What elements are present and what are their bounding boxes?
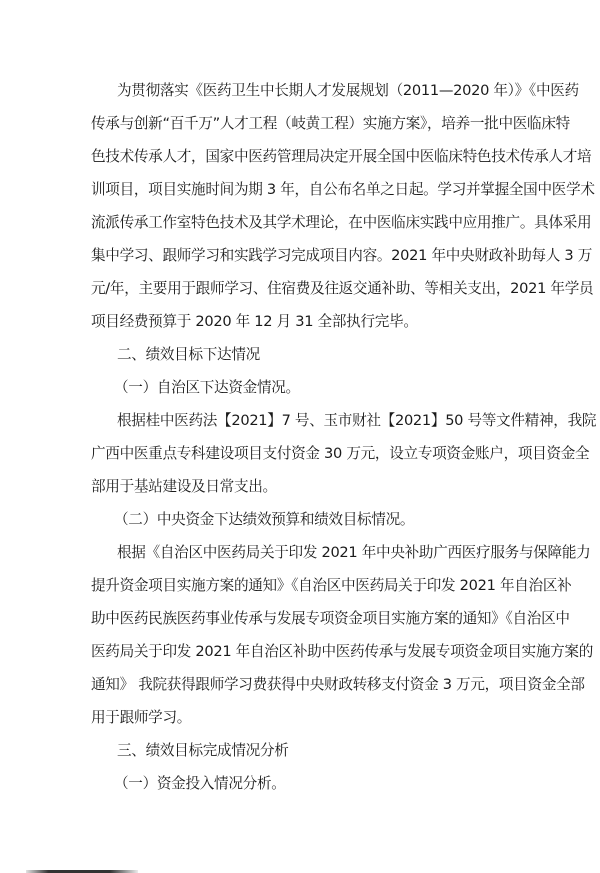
text-line: 为贯彻落实《医药卫生中长期人才发展规划（2011—2020 年）》《中医药 [91, 74, 515, 107]
text-line: 流派传承工作室特色技术及其学术理论，在中医临床实践中应用推广。具体采用 [91, 206, 515, 239]
text-line: 提升资金项目实施方案的通知》《自治区中医药局关于印发 2021 年自治区补 [91, 569, 515, 602]
text-line: 医药局关于印发 2021 年自治区补助中医药传承与发展专项资金项目实施方案的 [91, 635, 515, 668]
text-line: 广西中医重点专科建设项目支付资金 30 万元，设立专项资金账户，项目资金全 [91, 437, 515, 470]
text-line: 通知》 我院获得跟师学习费获得中央财政转移支付资金 3 万元，项目资金全部 [91, 668, 515, 701]
text-line: 用于跟师学习。 [91, 701, 515, 734]
document-page: 为贯彻落实《医药卫生中长期人才发展规划（2011—2020 年）》《中医药 传承… [91, 74, 515, 800]
paragraph-regional-funds: 根据桂中医药法【2021】7 号、玉市财社【2021】50 号等文件精神，我院 … [91, 404, 515, 503]
text-line: 集中学习、跟师学习和实践学习完成项目内容。2021 年中央财政补助每人 3 万 [91, 239, 515, 272]
section-heading-2: 二、绩效目标下达情况 [91, 338, 515, 371]
text-line: 助中医药民族医药事业传承与发展专项资金项目实施方案的通知》《自治区中 [91, 602, 515, 635]
section-heading-3: 三、绩效目标完成情况分析 [91, 734, 515, 767]
text-line: 部用于基站建设及日常支出。 [91, 470, 515, 503]
text-line: 根据《自治区中医药局关于印发 2021 年中央补助广西医疗服务与保障能力 [91, 536, 515, 569]
text-line: 根据桂中医药法【2021】7 号、玉市财社【2021】50 号等文件精神，我院 [91, 404, 515, 437]
subsection-heading-3-1: （一）资金投入情况分析。 [91, 767, 515, 800]
text-line: 元/年，主要用于跟师学习、住宿费及往返交通补助、等相关支出，2021 年学员 [91, 272, 515, 305]
text-line: 训项目，项目实施时间为期 3 年，自公布名单之日起。学习并掌握全国中医学术 [91, 173, 515, 206]
subsection-heading-2-2: （二）中央资金下达绩效预算和绩效目标情况。 [91, 503, 515, 536]
paragraph-central-funds: 根据《自治区中医药局关于印发 2021 年中央补助广西医疗服务与保障能力 提升资… [91, 536, 515, 734]
text-line: 色技术传承人才，国家中医药管理局决定开展全国中医临床特色技术传承人才培 [91, 140, 515, 173]
text-line: 传承与创新“百千万”人才工程（岐黄工程）实施方案》，培养一批中医临床特 [91, 107, 515, 140]
paragraph-intro: 为贯彻落实《医药卫生中长期人才发展规划（2011—2020 年）》《中医药 传承… [91, 74, 515, 338]
text-line: 项目经费预算于 2020 年 12 月 31 全部执行完毕。 [91, 305, 515, 338]
subsection-heading-2-1: （一）自治区下达资金情况。 [91, 371, 515, 404]
